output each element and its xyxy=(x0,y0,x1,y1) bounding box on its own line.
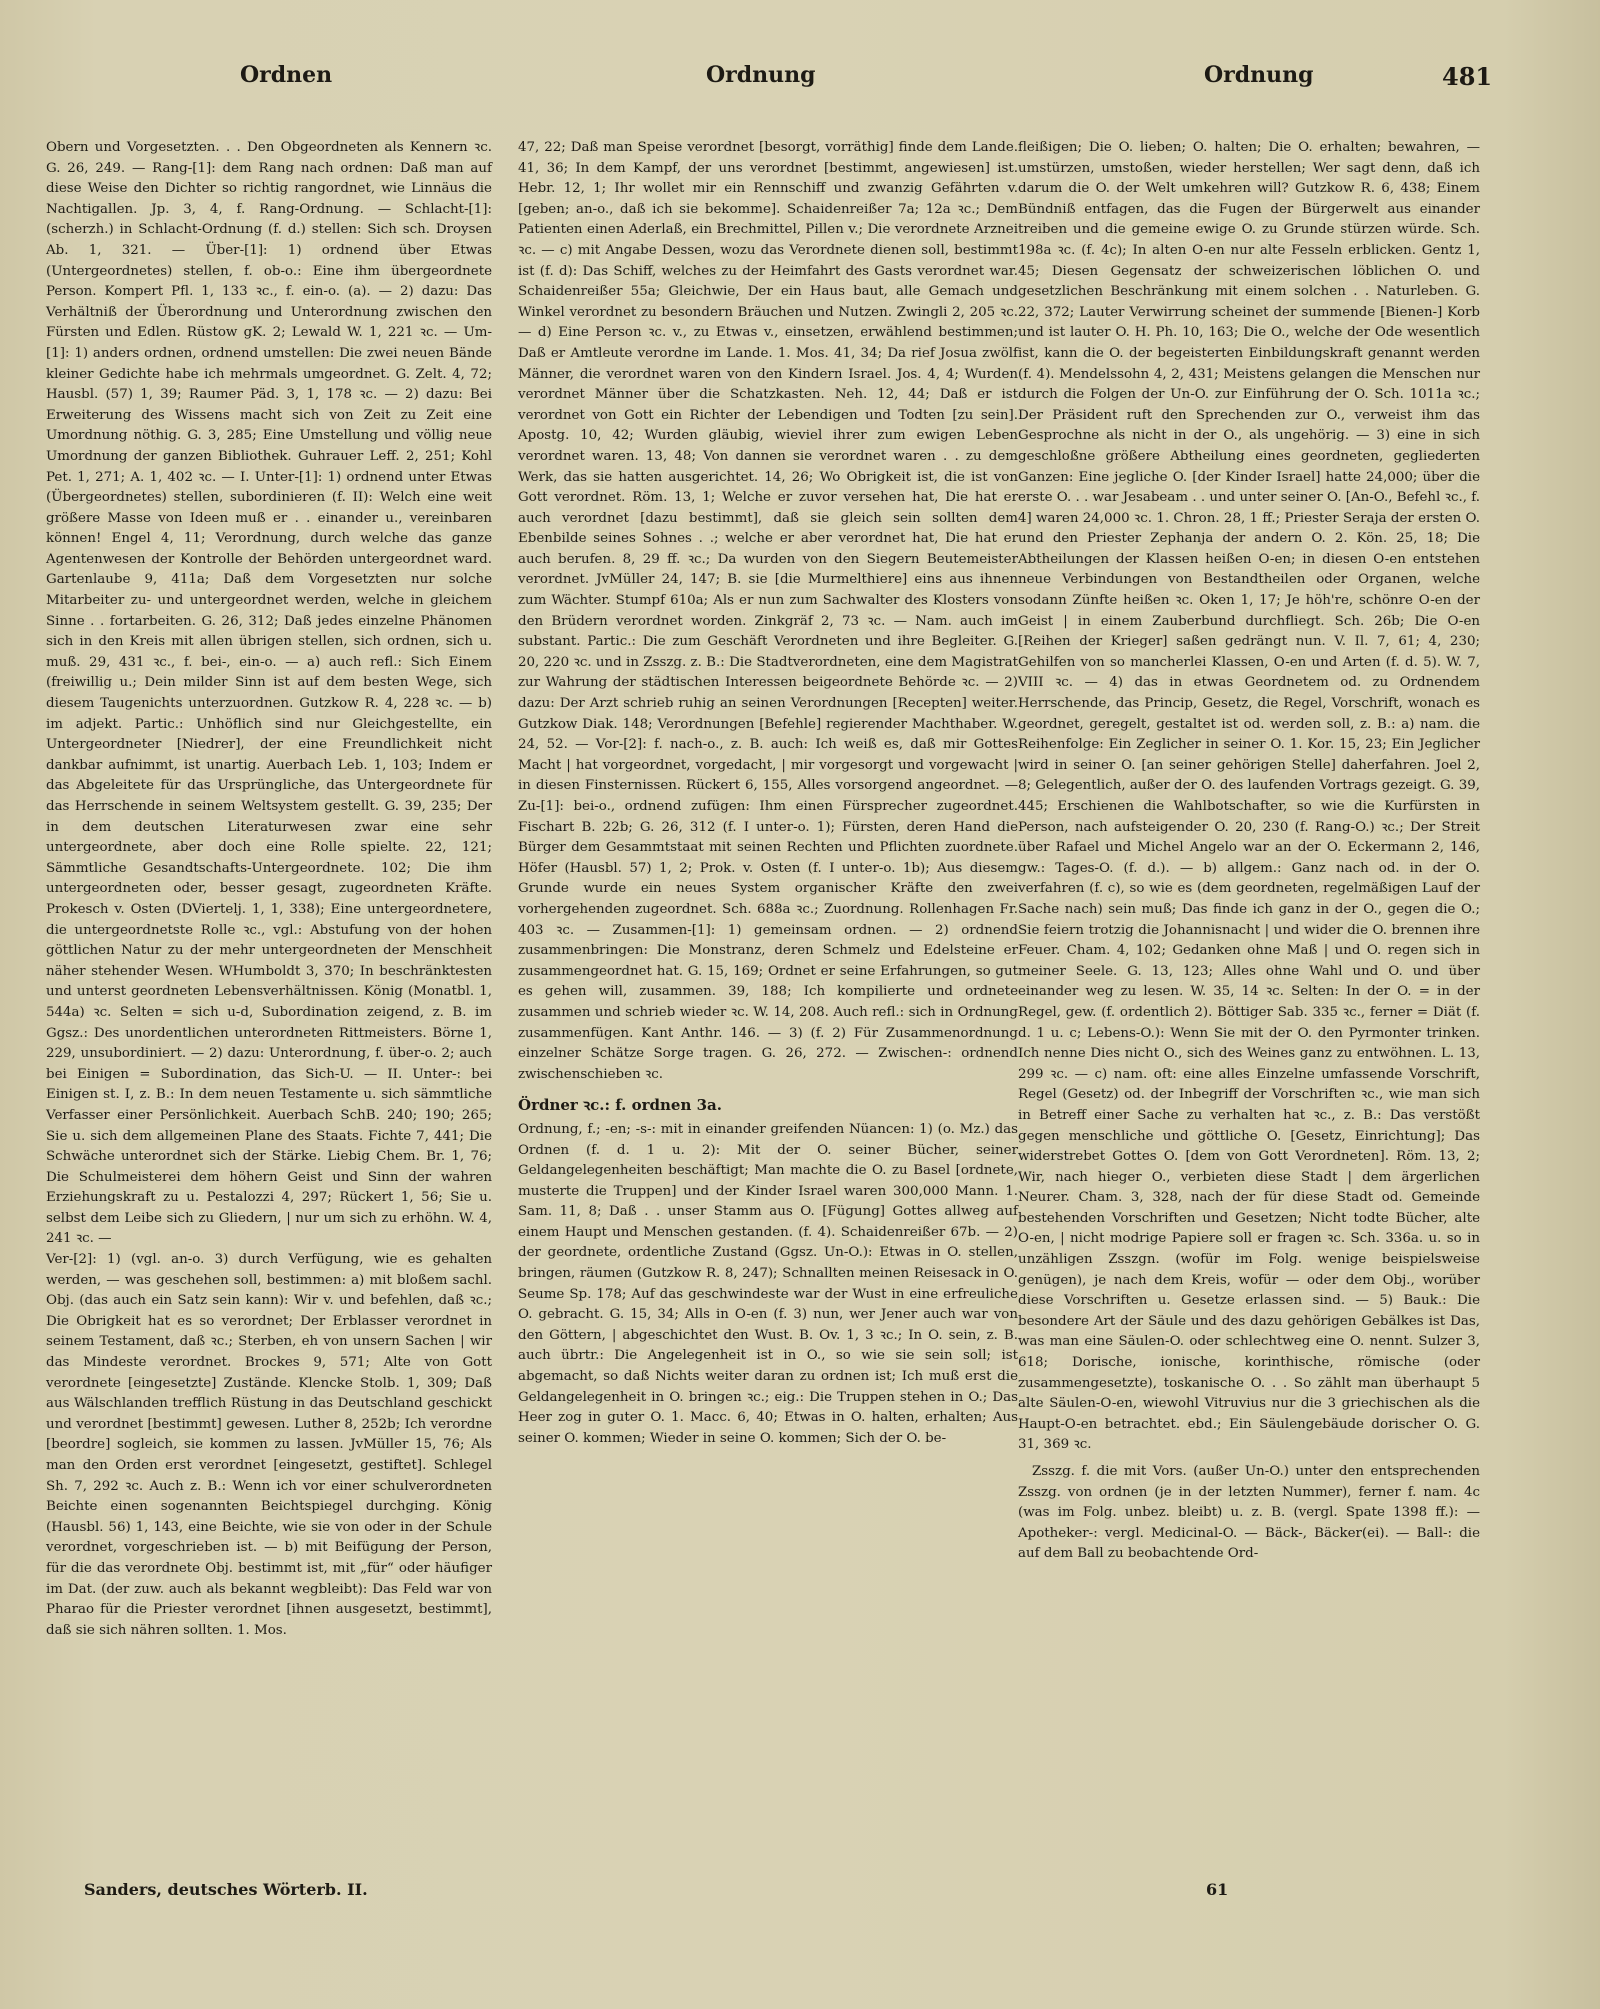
page-number: 481 xyxy=(1442,62,1492,91)
running-head-left: Ordnen xyxy=(240,62,332,88)
running-head-right: Ordnung xyxy=(1204,62,1314,88)
entry-text: Zsszg. f. die mit Vors. (außer Un-O.) un… xyxy=(1018,1462,1480,1565)
column-3: fleißigen; Die O. lieben; O. halten; Die… xyxy=(1018,138,1480,1565)
entry-text: Obern und Vorgesetzten. . . Den Obgeordn… xyxy=(46,138,492,1250)
footer-title: Sanders, deutsches Wörterb. II. xyxy=(84,1880,368,1899)
column-1: Obern und Vorgesetzten. . . Den Obgeordn… xyxy=(46,138,492,1641)
running-head-center: Ordnung xyxy=(706,62,816,88)
entry-text: fleißigen; Die O. lieben; O. halten; Die… xyxy=(1018,138,1480,1456)
entry-text: Ordnung, f.; -en; -s-: mit in einander g… xyxy=(518,1120,1018,1450)
dictionary-page: Ordnen Ordnung Ordnung 481 Obern und Vor… xyxy=(0,0,1600,2009)
signature-mark: 61 xyxy=(1206,1880,1228,1899)
entry-text: 47, 22; Daß man Speise verordnet [besorg… xyxy=(518,138,1018,1085)
entry-text: Ver-[2]: 1) (vgl. an-o. 3) durch Verfügu… xyxy=(46,1250,492,1641)
entry-headword-ordner: Ördner ꝛc.: f. ordnen 3a. xyxy=(518,1095,1018,1116)
column-2: 47, 22; Daß man Speise verordnet [besorg… xyxy=(518,138,1018,1449)
